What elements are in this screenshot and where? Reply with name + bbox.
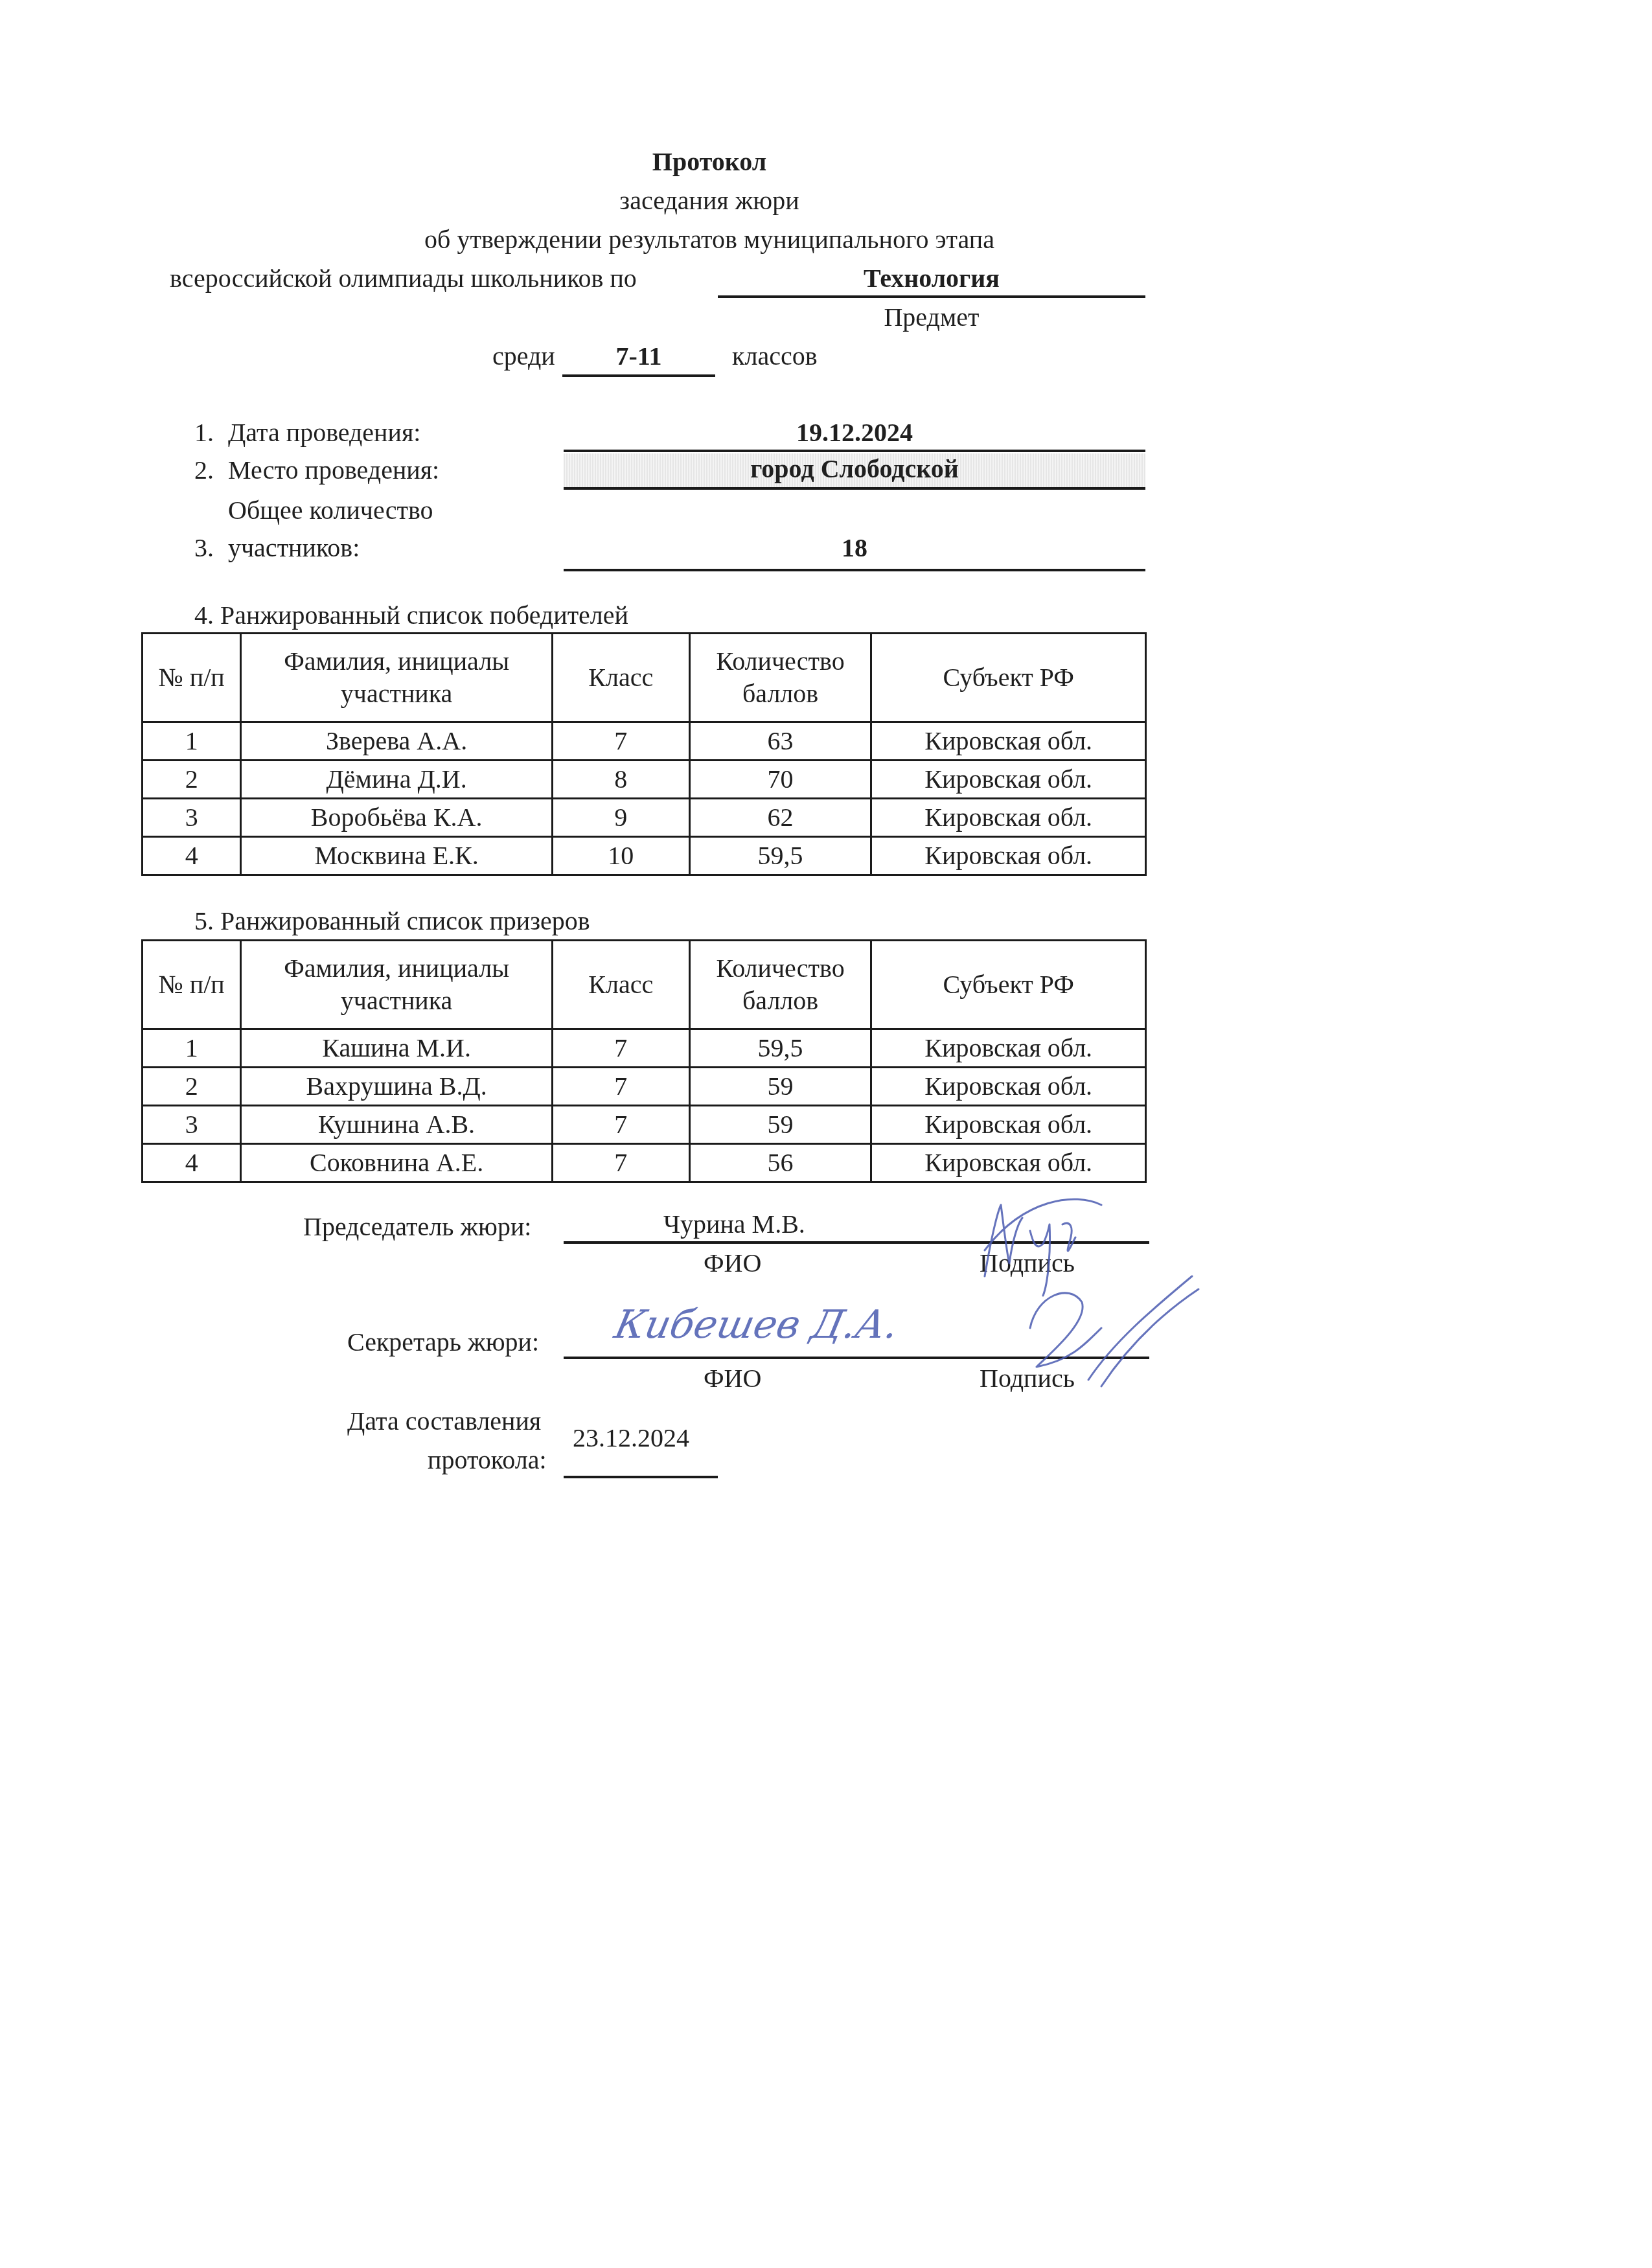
secretary-label: Секретарь жюри: [347,1327,539,1358]
winners-caption: 4. Ранжированный список победителей [194,600,628,631]
cell-grade: 7 [552,1029,689,1068]
subject-caption: Предмет [718,302,1145,333]
cell-name: Кушнина А.В. [241,1106,553,1144]
info-num-1: 1. [194,417,214,448]
cell-score: 63 [689,722,871,761]
event-date-value: 19.12.2024 [564,417,1145,452]
subject-field: Технология [718,263,1145,298]
cell-number: 2 [143,1068,241,1106]
document-title: Протокол [0,146,1419,178]
cell-score: 59 [689,1106,871,1144]
grades-field: 7-11 [562,341,715,377]
among-prefix: среди [492,341,555,372]
protocol-date-label-line2: протокола: [428,1445,547,1476]
col-header-grade: Класс [552,941,689,1029]
table-row: 1 Зверева А.А. 7 63 Кировская обл. [143,722,1146,761]
secretary-fio-caption: ФИО [704,1363,761,1394]
info-num-2: 2. [194,455,214,486]
cell-grade: 7 [552,1106,689,1144]
prizewinners-table: № п/п Фамилия, инициалы участника Класс … [141,939,1147,1183]
cell-number: 3 [143,1106,241,1144]
title-line-2: заседания жюри [0,185,1419,216]
col-header-score: Количество баллов [689,941,871,1029]
cell-region: Кировская обл. [871,761,1146,799]
cell-name: Соковнина А.Е. [241,1144,553,1182]
cell-score: 59,5 [689,837,871,875]
secretary-name-handwritten: Кибешев Д.А. [611,1302,903,1347]
participants-count: 18 [564,533,1145,571]
col-header-name: Фамилия, инициалы участника [241,634,553,722]
cell-grade: 7 [552,722,689,761]
cell-name: Дёмина Д.И. [241,761,553,799]
among-suffix: классов [732,341,818,372]
secretary-signature [1011,1270,1205,1399]
participants-label: участников: [228,533,360,564]
prizewinners-caption: 5. Ранжированный список призеров [194,906,590,937]
cell-region: Кировская обл. [871,799,1146,837]
protocol-date-label-line1: Дата составления [347,1406,541,1437]
table-header-row: № п/п Фамилия, инициалы участника Класс … [143,634,1146,722]
cell-grade: 7 [552,1068,689,1106]
title-line-4: всероссийской олимпиады школьников по [170,263,637,294]
cell-number: 4 [143,837,241,875]
cell-name: Воробьёва К.А. [241,799,553,837]
chair-label: Председатель жюри: [303,1211,531,1243]
col-header-number: № п/п [143,634,241,722]
cell-score: 62 [689,799,871,837]
cell-score: 59 [689,1068,871,1106]
cell-grade: 10 [552,837,689,875]
cell-name: Кашина М.И. [241,1029,553,1068]
table-row: 2 Дёмина Д.И. 8 70 Кировская обл. [143,761,1146,799]
cell-region: Кировская обл. [871,1106,1146,1144]
cell-region: Кировская обл. [871,722,1146,761]
col-header-score: Количество баллов [689,634,871,722]
cell-name: Москвина Е.К. [241,837,553,875]
table-row: 4 Москвина Е.К. 10 59,5 Кировская обл. [143,837,1146,875]
cell-name: Вахрушина В.Д. [241,1068,553,1106]
cell-name: Зверева А.А. [241,722,553,761]
table-header-row: № п/п Фамилия, инициалы участника Класс … [143,941,1146,1029]
table-row: 3 Воробьёва К.А. 9 62 Кировская обл. [143,799,1146,837]
col-header-name: Фамилия, инициалы участника [241,941,553,1029]
chair-name: Чурина М.В. [663,1209,805,1240]
cell-score: 59,5 [689,1029,871,1068]
cell-grade: 9 [552,799,689,837]
cell-number: 1 [143,722,241,761]
table-row: 4 Соковнина А.Е. 7 56 Кировская обл. [143,1144,1146,1182]
col-header-region: Субъект РФ [871,634,1146,722]
cell-region: Кировская обл. [871,1068,1146,1106]
info-num-3: 3. [194,533,214,564]
cell-number: 1 [143,1029,241,1068]
table-row: 3 Кушнина А.В. 7 59 Кировская обл. [143,1106,1146,1144]
table-row: 2 Вахрушина В.Д. 7 59 Кировская обл. [143,1068,1146,1106]
protocol-date-value: 23.12.2024 [573,1423,689,1454]
col-header-grade: Класс [552,634,689,722]
chair-fio-caption: ФИО [704,1248,761,1279]
cell-grade: 7 [552,1144,689,1182]
event-place-label: Место проведения: [228,455,439,486]
cell-number: 2 [143,761,241,799]
cell-score: 70 [689,761,871,799]
cell-region: Кировская обл. [871,837,1146,875]
cell-region: Кировская обл. [871,1144,1146,1182]
table-row: 1 Кашина М.И. 7 59,5 Кировская обл. [143,1029,1146,1068]
col-header-number: № п/п [143,941,241,1029]
winners-table: № п/п Фамилия, инициалы участника Класс … [141,632,1147,876]
event-date-label: Дата проведения: [228,417,420,448]
cell-number: 3 [143,799,241,837]
participants-label-line1: Общее количество [228,495,433,526]
col-header-region: Субъект РФ [871,941,1146,1029]
cell-score: 56 [689,1144,871,1182]
title-line-3: об утверждении результатов муниципальног… [0,224,1419,255]
cell-number: 4 [143,1144,241,1182]
event-place-value: город Слободской [564,453,1145,490]
cell-grade: 8 [552,761,689,799]
cell-region: Кировская обл. [871,1029,1146,1068]
